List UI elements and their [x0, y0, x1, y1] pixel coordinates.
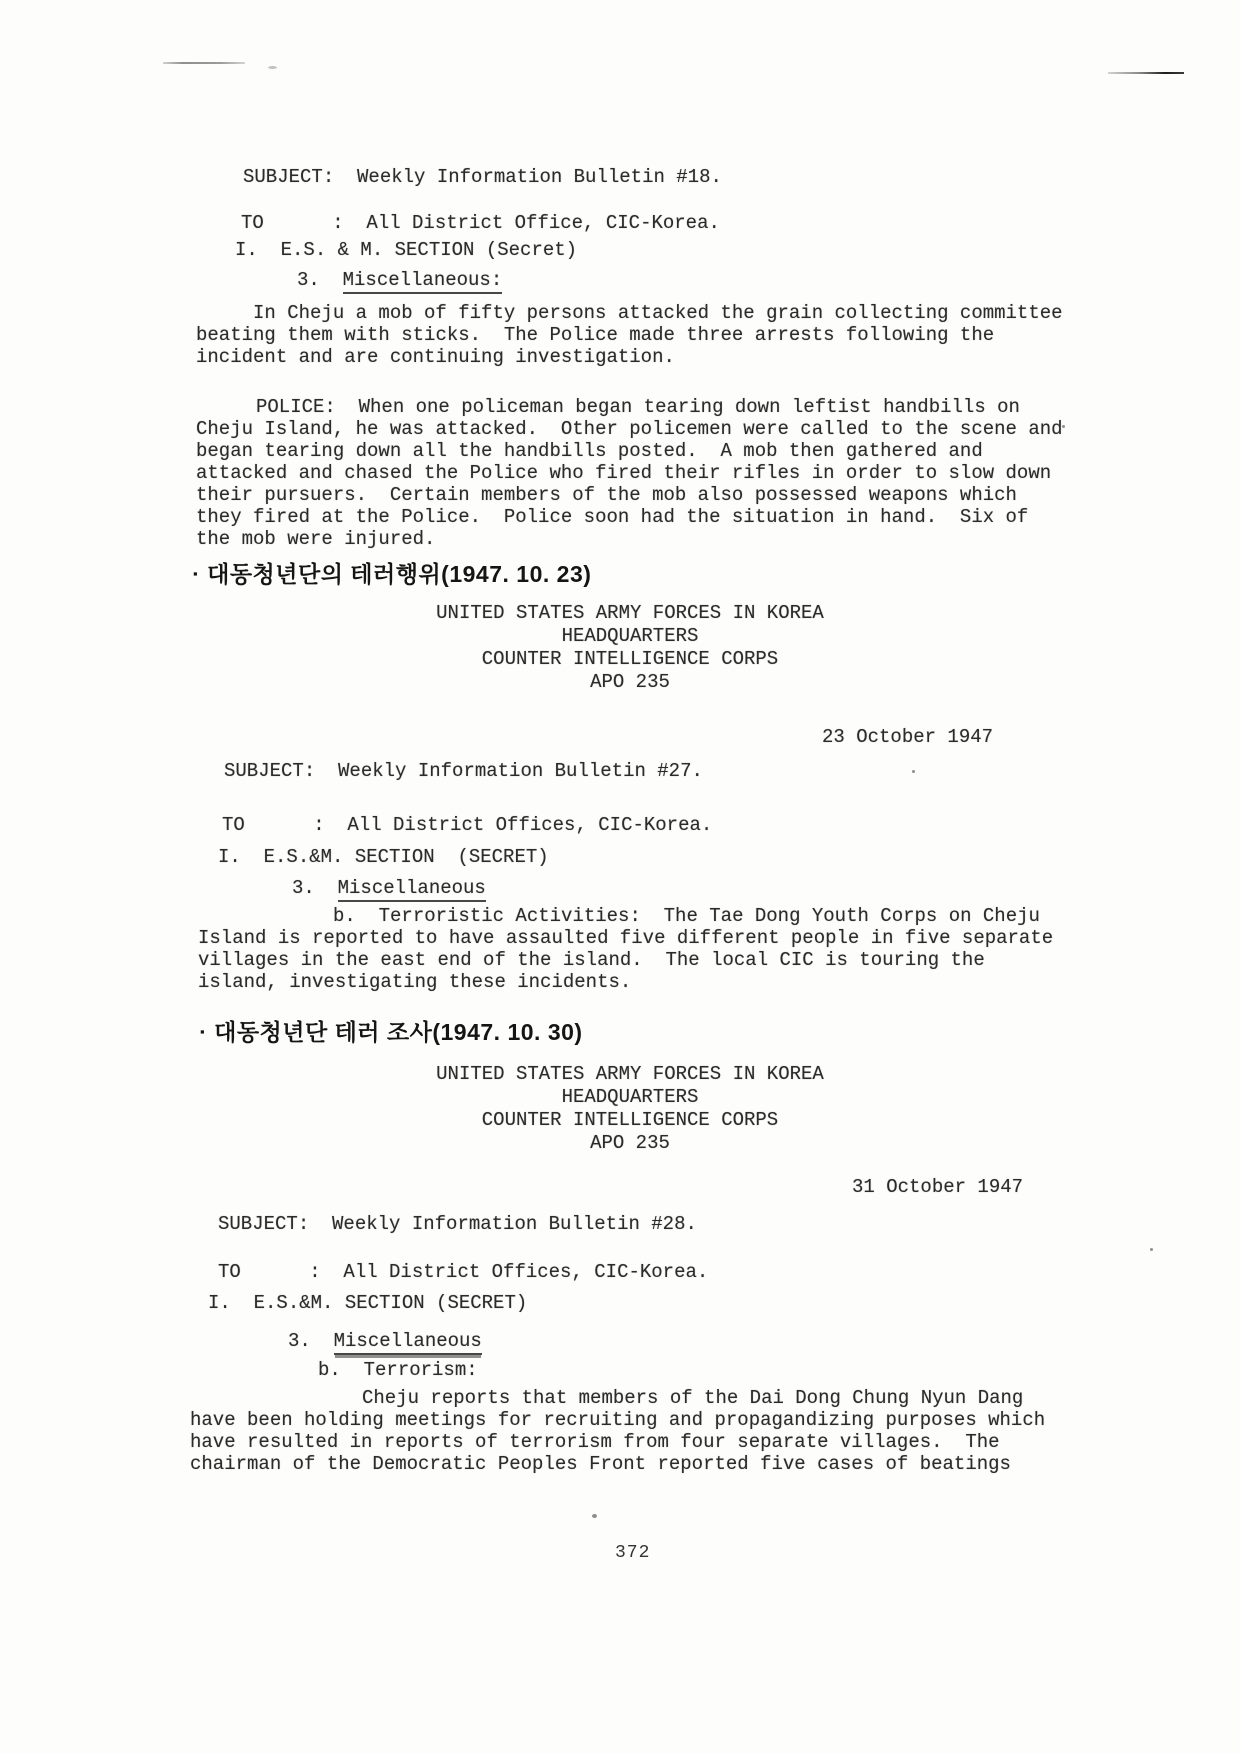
- to-line-27: TO : All District Offices, CIC-Korea.: [222, 814, 712, 836]
- letterhead-org: UNITED STATES ARMY FORCES IN KOREA: [180, 1063, 1080, 1086]
- scan-mark-top-left: [163, 62, 245, 64]
- letterhead-apo: APO 235: [180, 1132, 1080, 1155]
- letterhead-1: UNITED STATES ARMY FORCES IN KOREA HEADQ…: [180, 602, 1080, 694]
- bullet-icon: ▪: [200, 1024, 205, 1039]
- scan-speck: [268, 66, 277, 69]
- sub-item-terrorism: b. Terrorism:: [318, 1359, 478, 1381]
- scan-speck: [592, 1514, 597, 1518]
- date-line-1: 23 October 1947: [822, 726, 993, 748]
- paragraph-police: POLICE: When one policeman began tearing…: [196, 396, 1068, 550]
- letterhead-hq: HEADQUARTERS: [180, 625, 1080, 648]
- page-number: 372: [615, 1543, 650, 1563]
- misc-item-title: Miscellaneous: [334, 1330, 482, 1355]
- to-line-18: TO : All District Office, CIC-Korea.: [241, 212, 720, 234]
- scan-speck: [1150, 1248, 1153, 1251]
- misc-item-number: 3.: [288, 1330, 334, 1352]
- misc-item-number: 3.: [297, 269, 343, 291]
- section-line-28: I. E.S.&M. SECTION (SECRET): [208, 1292, 527, 1314]
- subject-line-28: SUBJECT: Weekly Information Bulletin #28…: [218, 1213, 697, 1235]
- subject-line-27: SUBJECT: Weekly Information Bulletin #27…: [224, 760, 703, 782]
- to-line-28: TO : All District Offices, CIC-Korea.: [218, 1261, 708, 1283]
- letterhead-2: UNITED STATES ARMY FORCES IN KOREA HEADQ…: [180, 1063, 1080, 1155]
- misc-item-title: Miscellaneous: [338, 877, 486, 902]
- korean-annotation-2-text: 대동청년단 테러 조사(1947. 10. 30): [214, 1019, 582, 1045]
- paragraph-terroristic-activities: b. Terroristic Activities: The Tae Dong …: [198, 905, 1070, 993]
- letterhead-apo: APO 235: [180, 671, 1080, 694]
- paragraph-cheju-reports: Cheju reports that members of the Dai Do…: [190, 1387, 1074, 1475]
- korean-annotation-2: ▪대동청년단 테러 조사(1947. 10. 30): [200, 1014, 583, 1047]
- scan-speck: [912, 770, 915, 773]
- letterhead-hq: HEADQUARTERS: [180, 1086, 1080, 1109]
- misc-item-27: 3. Miscellaneous: [292, 877, 486, 899]
- misc-item-title: Miscellaneous:: [343, 269, 503, 294]
- letterhead-corps: COUNTER INTELLIGENCE CORPS: [180, 1109, 1080, 1132]
- scan-mark-top-right: [1108, 72, 1184, 74]
- paragraph-cheju-mob: In Cheju a mob of fifty persons attacked…: [196, 302, 1072, 368]
- section-line-27: I. E.S.&M. SECTION (SECRET): [218, 846, 549, 868]
- korean-annotation-1-text: 대동청년단의 테러행위(1947. 10. 23): [207, 561, 591, 587]
- misc-item-28: 3. Miscellaneous: [288, 1330, 482, 1352]
- subject-line-18: SUBJECT: Weekly Information Bulletin #18…: [243, 166, 722, 188]
- section-line-18: I. E.S. & M. SECTION (Secret): [235, 239, 577, 261]
- misc-item-number: 3.: [292, 877, 338, 899]
- scanned-document-page: SUBJECT: Weekly Information Bulletin #18…: [0, 0, 1240, 1754]
- letterhead-corps: COUNTER INTELLIGENCE CORPS: [180, 648, 1080, 671]
- bullet-icon: ▪: [193, 566, 198, 581]
- letterhead-org: UNITED STATES ARMY FORCES IN KOREA: [180, 602, 1080, 625]
- korean-annotation-1: ▪대동청년단의 테러행위(1947. 10. 23): [193, 556, 591, 589]
- date-line-2: 31 October 1947: [852, 1176, 1023, 1198]
- misc-item-18: 3. Miscellaneous:: [297, 269, 502, 291]
